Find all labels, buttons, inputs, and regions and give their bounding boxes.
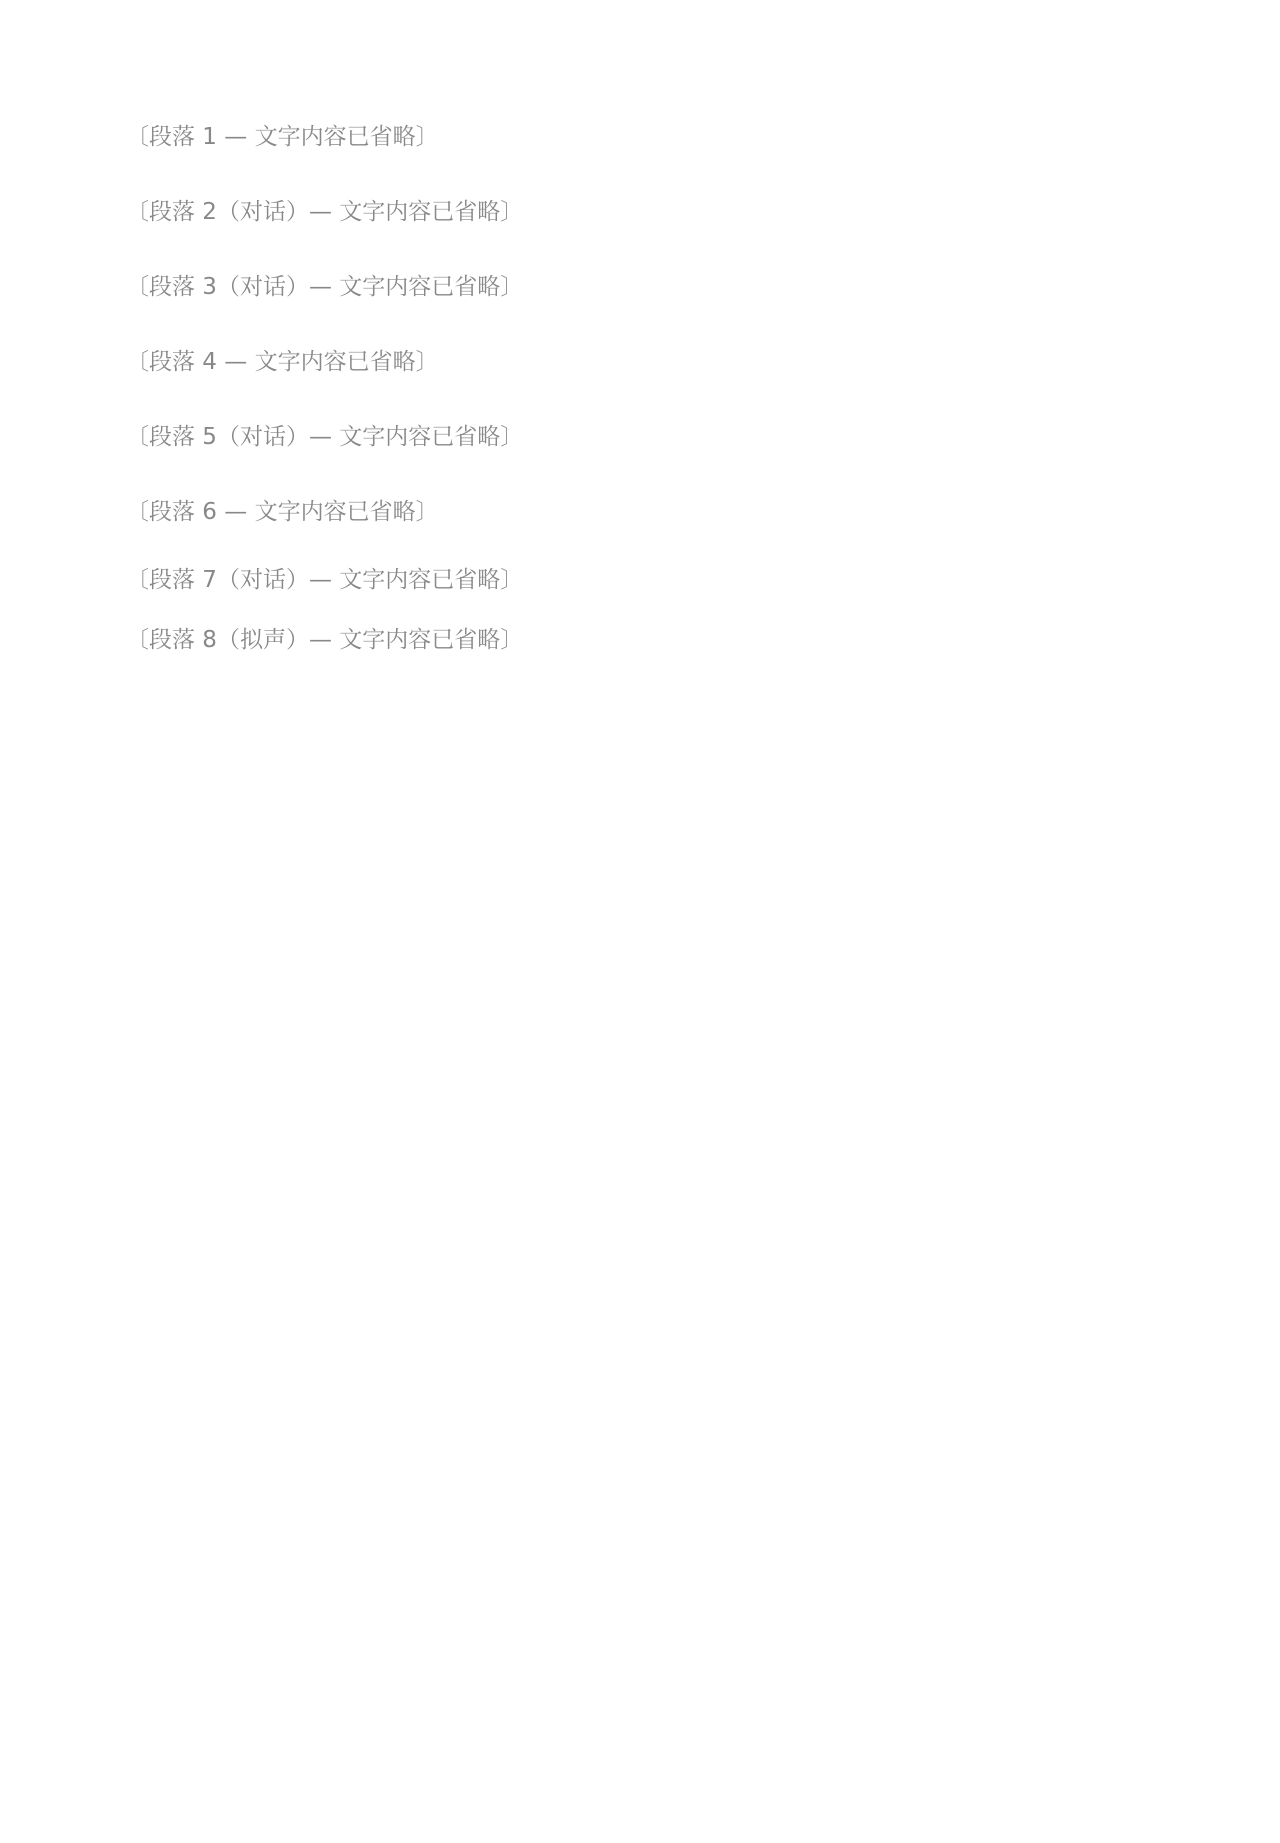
document-page: 〔段落 1 — 文字内容已省略〕 〔段落 2（对话）— 文字内容已省略〕 〔段落… [0,0,1280,1843]
paragraph: 〔段落 6 — 文字内容已省略〕 [80,475,1200,550]
paragraph: 〔段落 4 — 文字内容已省略〕 [80,325,1200,400]
paragraph: 〔段落 3（对话）— 文字内容已省略〕 [80,250,1200,325]
paragraph: 〔段落 8（拟声）— 文字内容已省略〕 [80,610,1200,670]
paragraph: 〔段落 7（对话）— 文字内容已省略〕 [80,550,1200,610]
paragraph: 〔段落 1 — 文字内容已省略〕 [80,100,1200,175]
paragraph: 〔段落 2（对话）— 文字内容已省略〕 [80,175,1200,250]
paragraph: 〔段落 5（对话）— 文字内容已省略〕 [80,400,1200,475]
